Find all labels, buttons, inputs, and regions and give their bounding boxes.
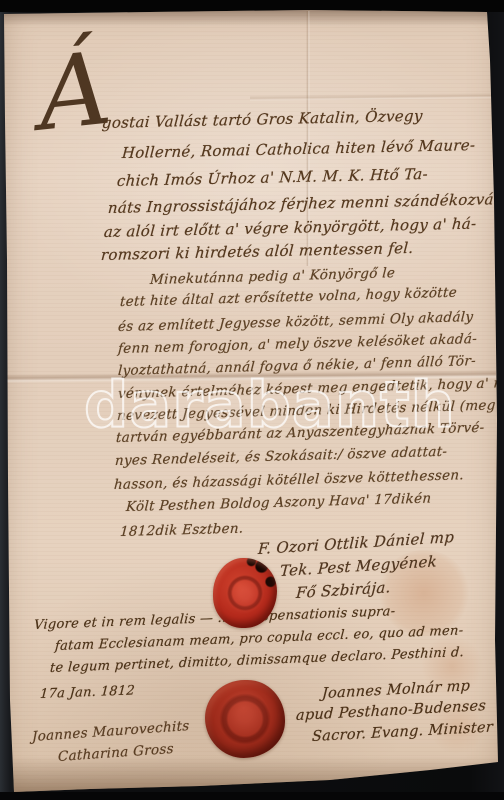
red-wax-seal-upper (213, 558, 277, 628)
manuscript-line: gostai Vallást tartó Gros Katalin, Özveg… (101, 107, 423, 132)
manuscript-line: tartván egyébbaránt az Anyaszentegyházna… (116, 420, 485, 446)
manuscript-line: 1812dik Esztben. (120, 521, 244, 540)
manuscript-line: lyoztathatná, annál fogva ő nékie, a' fe… (118, 353, 477, 379)
minister-signature-line: Joannes Molnár mp (322, 678, 471, 702)
manuscript-line: chich Imós Úrhoz a' N.M. M. K. Htő Ta- (116, 165, 428, 190)
manuscript-line: fenn nem forogjon, a' mely öszve kelésök… (118, 331, 478, 357)
manuscript-line: Hollerné, Romai Catholica hiten lévő Mau… (121, 136, 476, 162)
red-wax-seal-lower (205, 680, 285, 758)
manuscript-line: és az említett Jegyesse között, semmi Ol… (118, 309, 474, 335)
manuscript-line: Minekutánna pedig a' Könyörgő le (150, 265, 396, 288)
manuscript-line: az alól irt előtt a' végre könyörgött, h… (103, 215, 477, 241)
photo-black-border-bottom (0, 792, 504, 800)
photo-black-border-top (0, 0, 504, 12)
scanned-document-photo: Á gostai Vallást tartó Gros Katalin, Özv… (0, 0, 504, 800)
manuscript-line: Költ Pesthen Boldog Aszony Hava' 17dikén (126, 490, 432, 515)
couple-name-line: Catharina Gross (58, 741, 174, 765)
manuscript-line: nyes Rendeléseit, és Szokásait:/ öszve a… (115, 444, 448, 469)
horizontal-fold-crease-faint (250, 93, 498, 102)
official-signature-line: Tek. Pest Megyének (279, 552, 437, 580)
latin-date-line: 17a Jan. 1812 (40, 683, 136, 702)
paper-edge-shadow-top (0, 10, 504, 26)
minister-signature-line: Sacror. Evang. Minister (312, 719, 494, 745)
minister-signature-line: apud Pesthano-Budenses (296, 698, 487, 724)
manuscript-line: tett hite által azt erősítette volna, ho… (120, 285, 458, 310)
manuscript-line: romszori ki hirdetés alól mentessen fel. (100, 239, 414, 264)
manuscript-paper: Á gostai Vallást tartó Gros Katalin, Özv… (0, 0, 504, 800)
manuscript-line: hasson, és házassági kötéllel öszve kött… (114, 467, 465, 493)
official-signature-line: Fő Szbirája. (295, 578, 391, 602)
manuscript-line: náts Ingrossistájához férjhez menni szán… (107, 190, 504, 217)
